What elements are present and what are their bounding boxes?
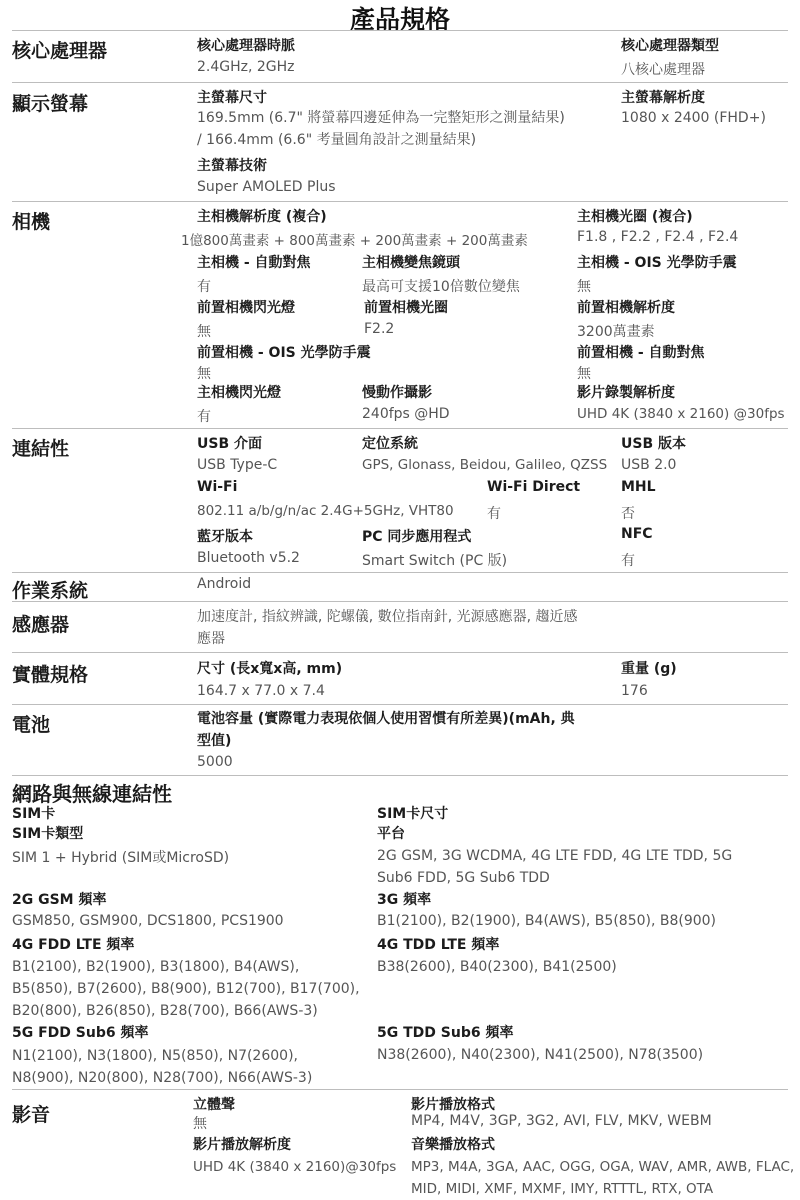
category-physical: 實體規格: [12, 660, 88, 687]
display-size-label: 主螢幕尺寸: [197, 87, 267, 107]
battery-capacity-value: 5000: [197, 754, 233, 770]
camera-main-ois-value: 無: [577, 276, 591, 296]
audio-format-label: 音樂播放格式: [411, 1134, 495, 1154]
lte-fdd-label: 4G FDD LTE 頻率: [12, 934, 134, 954]
camera-front-flash-label: 前置相機閃光燈: [197, 297, 295, 317]
divider: [12, 428, 788, 429]
camera-front-res-value: 3200萬畫素: [577, 321, 655, 341]
display-resolution-value: 1080 x 2400 (FHD+): [621, 110, 766, 126]
lte-tdd-value: B38(2600), B40(2300), B41(2500): [377, 959, 617, 975]
camera-front-af-label: 前置相機 - 自動對焦: [577, 342, 705, 362]
category-os: 作業系統: [12, 576, 88, 603]
wifi-direct-value: 有: [487, 503, 501, 523]
video-playback-res-value: UHD 4K (3840 x 2160)@30fps: [193, 1159, 396, 1175]
divider: [12, 201, 788, 202]
weight-label: 重量 (g): [621, 658, 677, 678]
camera-main-res-label: 主相機解析度 (複合): [197, 206, 327, 226]
lte-fdd-value: B1(2100), B2(1900), B3(1800), B4(AWS), B…: [12, 956, 362, 1022]
category-display: 顯示螢幕: [12, 89, 88, 116]
display-size-value: 169.5mm (6.7" 將螢幕四邊延伸為一完整矩形之測量結果) / 166.…: [197, 107, 572, 151]
camera-main-flash-label: 主相機閃光燈: [197, 382, 281, 402]
divider: [12, 82, 788, 83]
3g-band-value: B1(2100), B2(1900), B4(AWS), B5(850), B8…: [377, 913, 716, 929]
nfc-label: NFC: [621, 526, 653, 542]
video-format-value: MP4, M4V, 3GP, 3G2, AVI, FLV, MKV, WEBM: [411, 1113, 712, 1129]
lte-tdd-label: 4G TDD LTE 頻率: [377, 934, 499, 954]
category-av: 影音: [12, 1100, 50, 1127]
nfc-value: 有: [621, 550, 635, 570]
video-format-label: 影片播放格式: [411, 1094, 495, 1114]
divider: [12, 601, 788, 602]
camera-front-ois-label: 前置相機 - OIS 光學防手震: [197, 342, 371, 362]
camera-zoom-label: 主相機變焦鏡頭: [362, 252, 460, 272]
camera-main-res-value: 1億800萬畫素 + 800萬畫素 + 200萬畫素 + 200萬畫素: [181, 229, 528, 249]
camera-main-ois-label: 主相機 - OIS 光學防手震: [577, 252, 737, 272]
pc-sync-value: Smart Switch (PC 版): [362, 550, 507, 570]
os-value: Android: [197, 576, 251, 592]
3g-band-label: 3G 頻率: [377, 889, 431, 909]
cpu-clock-label: 核心處理器時脈: [197, 35, 295, 55]
audio-format-value: MP3, M4A, 3GA, AAC, OGG, OGA, WAV, AMR, …: [411, 1156, 796, 1200]
cpu-type-value: 八核心處理器: [621, 59, 705, 79]
sim-label: SIM卡: [12, 803, 55, 823]
bluetooth-value: Bluetooth v5.2: [197, 550, 300, 566]
gsm-band-label: 2G GSM 頻率: [12, 889, 107, 909]
pc-sync-label: PC 同步應用程式: [362, 526, 471, 546]
weight-value: 176: [621, 683, 648, 699]
sim-type-value: SIM 1 + Hybrid (SIM或MicroSD): [12, 847, 229, 867]
divider: [12, 652, 788, 653]
stereo-value: 無: [193, 1113, 207, 1133]
camera-front-ois-value: 無: [197, 363, 211, 383]
category-sensors: 感應器: [12, 610, 69, 637]
camera-front-aperture-label: 前置相機光圈: [364, 297, 448, 317]
cpu-type-label: 核心處理器類型: [621, 35, 719, 55]
stereo-label: 立體聲: [193, 1094, 235, 1114]
camera-main-aperture-label: 主相機光圈 (複合): [577, 206, 693, 226]
battery-capacity-label: 電池容量 (實際電力表現依個人使用習慣有所差異)(mAh, 典型值): [197, 708, 582, 752]
video-playback-res-label: 影片播放解析度: [193, 1134, 291, 1154]
nr-fdd-label: 5G FDD Sub6 頻率: [12, 1022, 148, 1042]
gsm-band-value: GSM850, GSM900, DCS1800, PCS1900: [12, 913, 284, 929]
usb-interface-value: USB Type-C: [197, 457, 277, 473]
sim-size-label: SIM卡尺寸: [377, 803, 448, 823]
mhl-value: 否: [621, 503, 635, 523]
nr-tdd-value: N38(2600), N40(2300), N41(2500), N78(350…: [377, 1047, 703, 1063]
mhl-label: MHL: [621, 479, 656, 495]
camera-front-af-value: 無: [577, 363, 591, 383]
display-tech-value: Super AMOLED Plus: [197, 179, 336, 195]
bluetooth-label: 藍牙版本: [197, 526, 253, 546]
platform-value: 2G GSM, 3G WCDMA, 4G LTE FDD, 4G LTE TDD…: [377, 845, 772, 889]
camera-front-aperture-value: F2.2: [364, 321, 394, 337]
camera-slowmo-value: 240fps @HD: [362, 406, 450, 422]
sim-type-label: SIM卡類型: [12, 823, 83, 843]
platform-label: 平台: [377, 823, 405, 843]
location-label: 定位系統: [362, 433, 418, 453]
divider: [12, 775, 788, 776]
divider: [12, 704, 788, 705]
sensors-value: 加速度計, 指紋辨識, 陀螺儀, 數位指南針, 光源感應器, 趨近感應器: [197, 606, 582, 650]
wifi-direct-label: Wi-Fi Direct: [487, 479, 580, 495]
dimensions-value: 164.7 x 77.0 x 7.4: [197, 683, 325, 699]
category-connectivity: 連結性: [12, 434, 69, 461]
divider: [12, 30, 788, 31]
cpu-clock-value: 2.4GHz, 2GHz: [197, 59, 295, 75]
camera-zoom-value: 最高可支援10倍數位變焦: [362, 276, 520, 296]
camera-main-flash-value: 有: [197, 406, 211, 426]
camera-slowmo-label: 慢動作攝影: [362, 382, 432, 402]
camera-main-af-label: 主相機 - 自動對焦: [197, 252, 311, 272]
usb-version-label: USB 版本: [621, 433, 686, 453]
nr-fdd-value: N1(2100), N3(1800), N5(850), N7(2600), N…: [12, 1045, 362, 1089]
location-value: GPS, Glonass, Beidou, Galileo, QZSS: [362, 457, 607, 473]
category-cpu: 核心處理器: [12, 36, 107, 63]
dimensions-label: 尺寸 (長x寬x高, mm): [197, 658, 342, 678]
camera-video-res-label: 影片錄製解析度: [577, 382, 675, 402]
nr-tdd-label: 5G TDD Sub6 頻率: [377, 1022, 513, 1042]
camera-front-res-label: 前置相機解析度: [577, 297, 675, 317]
wifi-value: 802.11 a/b/g/n/ac 2.4G+5GHz, VHT80: [197, 503, 454, 519]
camera-front-flash-value: 無: [197, 321, 211, 341]
usb-interface-label: USB 介面: [197, 433, 262, 453]
category-camera: 相機: [12, 207, 50, 234]
category-battery: 電池: [12, 710, 50, 737]
divider: [12, 572, 788, 573]
camera-main-aperture-value: F1.8 , F2.2 , F2.4 , F2.4: [577, 229, 738, 245]
display-resolution-label: 主螢幕解析度: [621, 87, 705, 107]
divider: [12, 1089, 788, 1090]
display-tech-label: 主螢幕技術: [197, 155, 267, 175]
camera-main-af-value: 有: [197, 276, 211, 296]
usb-version-value: USB 2.0: [621, 457, 676, 473]
camera-video-res-value: UHD 4K (3840 x 2160) @30fps: [577, 406, 785, 422]
wifi-label: Wi-Fi: [197, 479, 237, 495]
